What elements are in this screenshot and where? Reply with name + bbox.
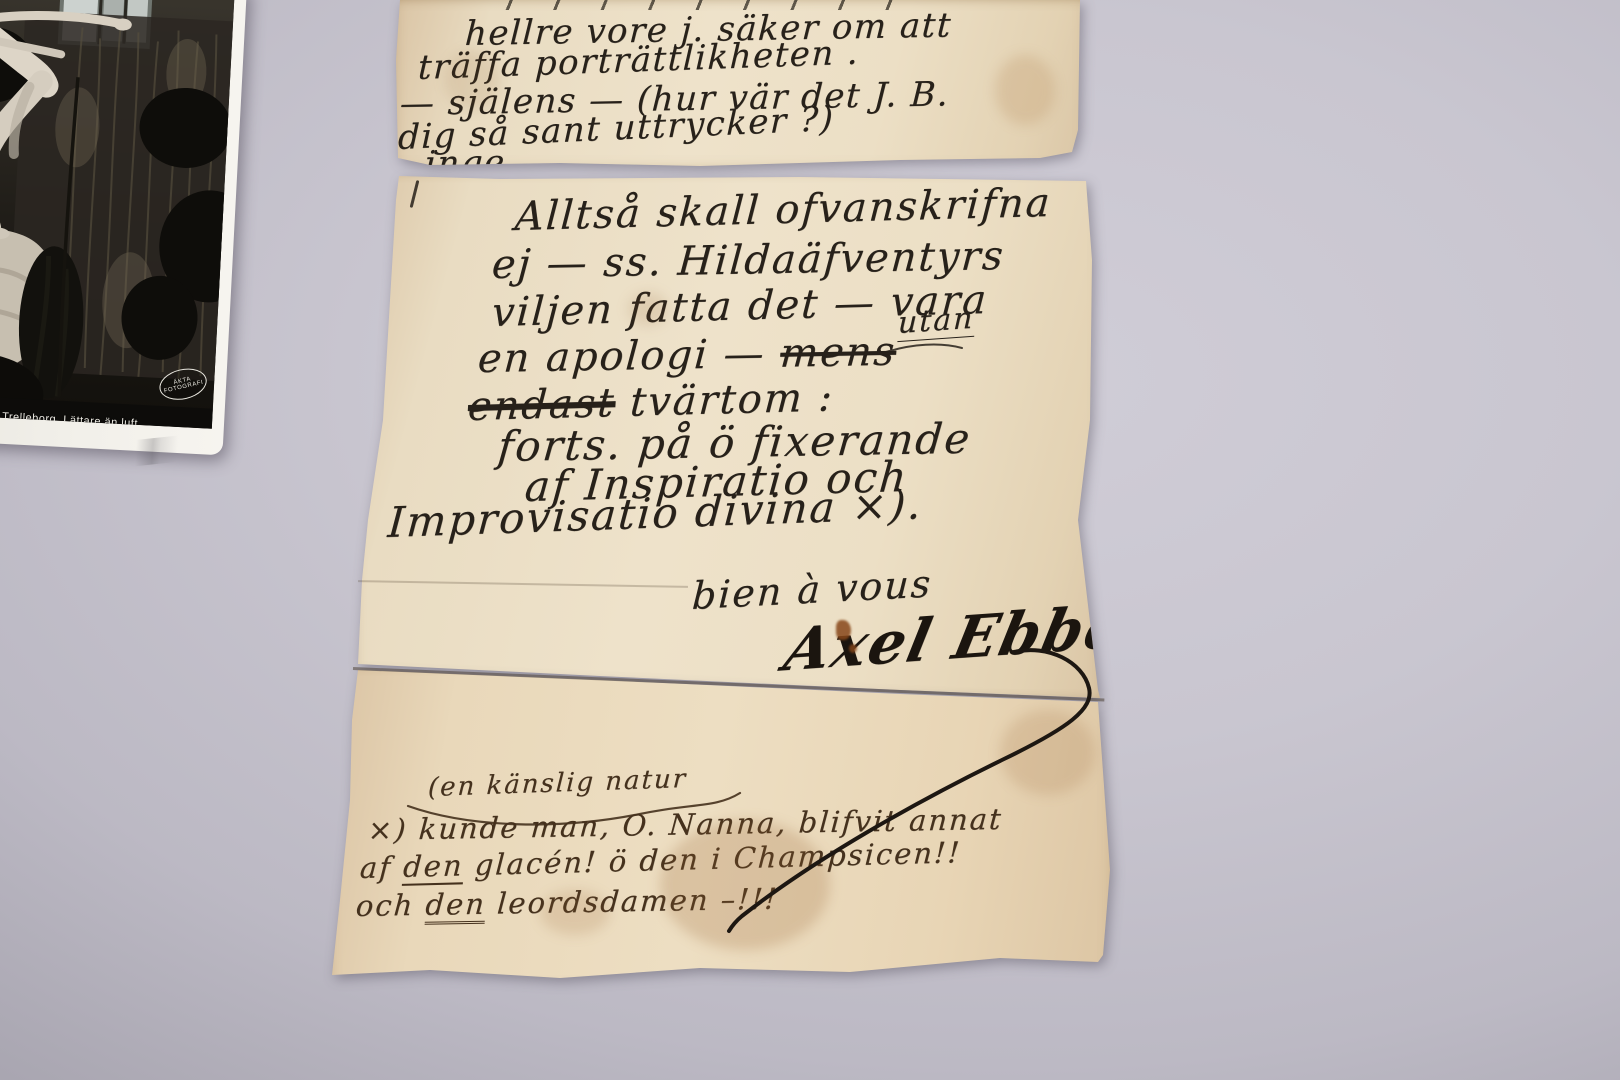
rust-spot	[849, 644, 857, 653]
rock-base	[0, 227, 56, 374]
handwritten-line: viljen fatta det — vara	[491, 277, 990, 336]
text-run: tvärtom :	[614, 374, 835, 426]
torso	[0, 13, 50, 86]
handwritten-line: inge… .	[424, 142, 567, 184]
arm-extended	[0, 11, 119, 31]
stray-ink-mark	[410, 180, 420, 208]
letter-sheet-middle: Alltså skall ofvanskrifna ej — ss. Hilda…	[350, 172, 1105, 704]
footnote-line-with-underline: af den glacén! ö den i Champsicen!!	[359, 835, 962, 885]
handwritten-line: forts. på ö fixerande	[496, 414, 974, 471]
paper-stain	[628, 292, 668, 326]
paper-stain	[445, 50, 500, 110]
paper-stain	[660, 820, 830, 950]
underlined-word: den	[402, 848, 465, 886]
paper-stain	[995, 55, 1055, 125]
postcard-shadow-wrap: Trelleborg. Lättare än luft. ÄKTA FOTOGR…	[0, 0, 1620, 1080]
statue-figure	[0, 0, 133, 377]
letter-sheet-bottom: (en känslig natur ×) kunde man, O. Nanna…	[325, 665, 1115, 990]
text-run: en apologi —	[476, 331, 782, 382]
fold-crease	[358, 580, 688, 588]
cutoff-text-marks	[485, 0, 905, 10]
sheet-gap-shadow	[353, 667, 1104, 701]
text-run: glacén! ö den i Champsicen!!	[463, 835, 963, 882]
annotation-bracket-curve	[408, 793, 740, 824]
handwritten-line: Alltså skall ofvanskrifna	[514, 180, 1053, 240]
sheet2-shadow-wrap: Alltså skall ofvanskrifna ej — ss. Hilda…	[0, 0, 1620, 1080]
inserted-word: utan	[897, 301, 975, 343]
sheet3-shadow-wrap: (en känslig natur ×) kunde man, O. Nanna…	[0, 0, 1620, 1080]
closing-line: bien à vous	[691, 561, 934, 618]
arm-lower	[0, 36, 62, 55]
handwritten-line: af Inspiratio och	[523, 452, 910, 511]
thigh	[0, 79, 42, 154]
postcard-photo: Trelleborg. Lättare än luft. ÄKTA FOTOGR…	[0, 0, 247, 455]
surface-scuff-mark	[107, 433, 204, 469]
paper-stain	[1000, 710, 1095, 795]
text-run: och	[355, 888, 427, 923]
text-run: af	[359, 850, 404, 885]
statue-photo: Trelleborg. Lättare än luft. ÄKTA FOTOGR…	[0, 0, 235, 429]
postcard-caption: Trelleborg. Lättare än luft.	[2, 411, 142, 429]
handwritten-line: ej — ss. Hildaäfventyrs	[490, 233, 1006, 288]
underlined-word: den	[424, 887, 487, 925]
annotation-line: (en känslig natur	[427, 764, 688, 803]
struck-word: mens	[779, 329, 898, 377]
ink-flourish-overlay	[0, 0, 1620, 1080]
text-run: leordsdamen –!!!	[485, 882, 780, 921]
sheet1-shadow-wrap: hellre vore j. säker om att träffa portr…	[0, 0, 1620, 1080]
handwritten-line: Improvisatio divina ×).	[386, 479, 924, 547]
foreground-plants	[0, 69, 230, 429]
footnote-line-with-underline: och den leordsdamen –!!!	[355, 882, 780, 923]
footnote-line: ×) kunde man, O. Nanna, blifvit annat	[367, 802, 1004, 847]
paper-stain	[540, 890, 610, 935]
insertion-caret-line	[886, 345, 962, 352]
signature: Axel Ebbe	[779, 592, 1132, 685]
handwritten-line: dig så sant uttrycker ?)	[397, 99, 834, 158]
photographer-stamp-icon: ÄKTA FOTOGRAFI	[156, 364, 210, 404]
stamp-text-top: ÄKTA	[173, 376, 192, 386]
handwritten-line: — själens — (hur vär det J. B.	[399, 74, 950, 124]
rust-spot	[836, 620, 851, 640]
stamp-text-bottom: FOTOGRAFI	[163, 380, 204, 395]
ivy-wall	[0, 5, 235, 383]
photo-scene: Trelleborg. Lättare än luft. ÄKTA FOTOGR…	[0, 0, 1620, 1080]
statue-illustration	[0, 0, 235, 429]
struck-word: endast	[467, 380, 617, 430]
handwritten-line-with-strikeout: en apologi — mens	[476, 329, 897, 382]
handwritten-line-with-strikeout: endast tvärtom :	[467, 374, 836, 430]
handwritten-line: hellre vore j. säker om att	[464, 5, 953, 54]
photo-background	[0, 0, 235, 429]
handwritten-line: träffa porträttlikheten .	[417, 33, 860, 88]
letter-sheet-top: hellre vore j. säker om att träffa portr…	[390, 0, 1090, 170]
window	[58, 0, 153, 49]
